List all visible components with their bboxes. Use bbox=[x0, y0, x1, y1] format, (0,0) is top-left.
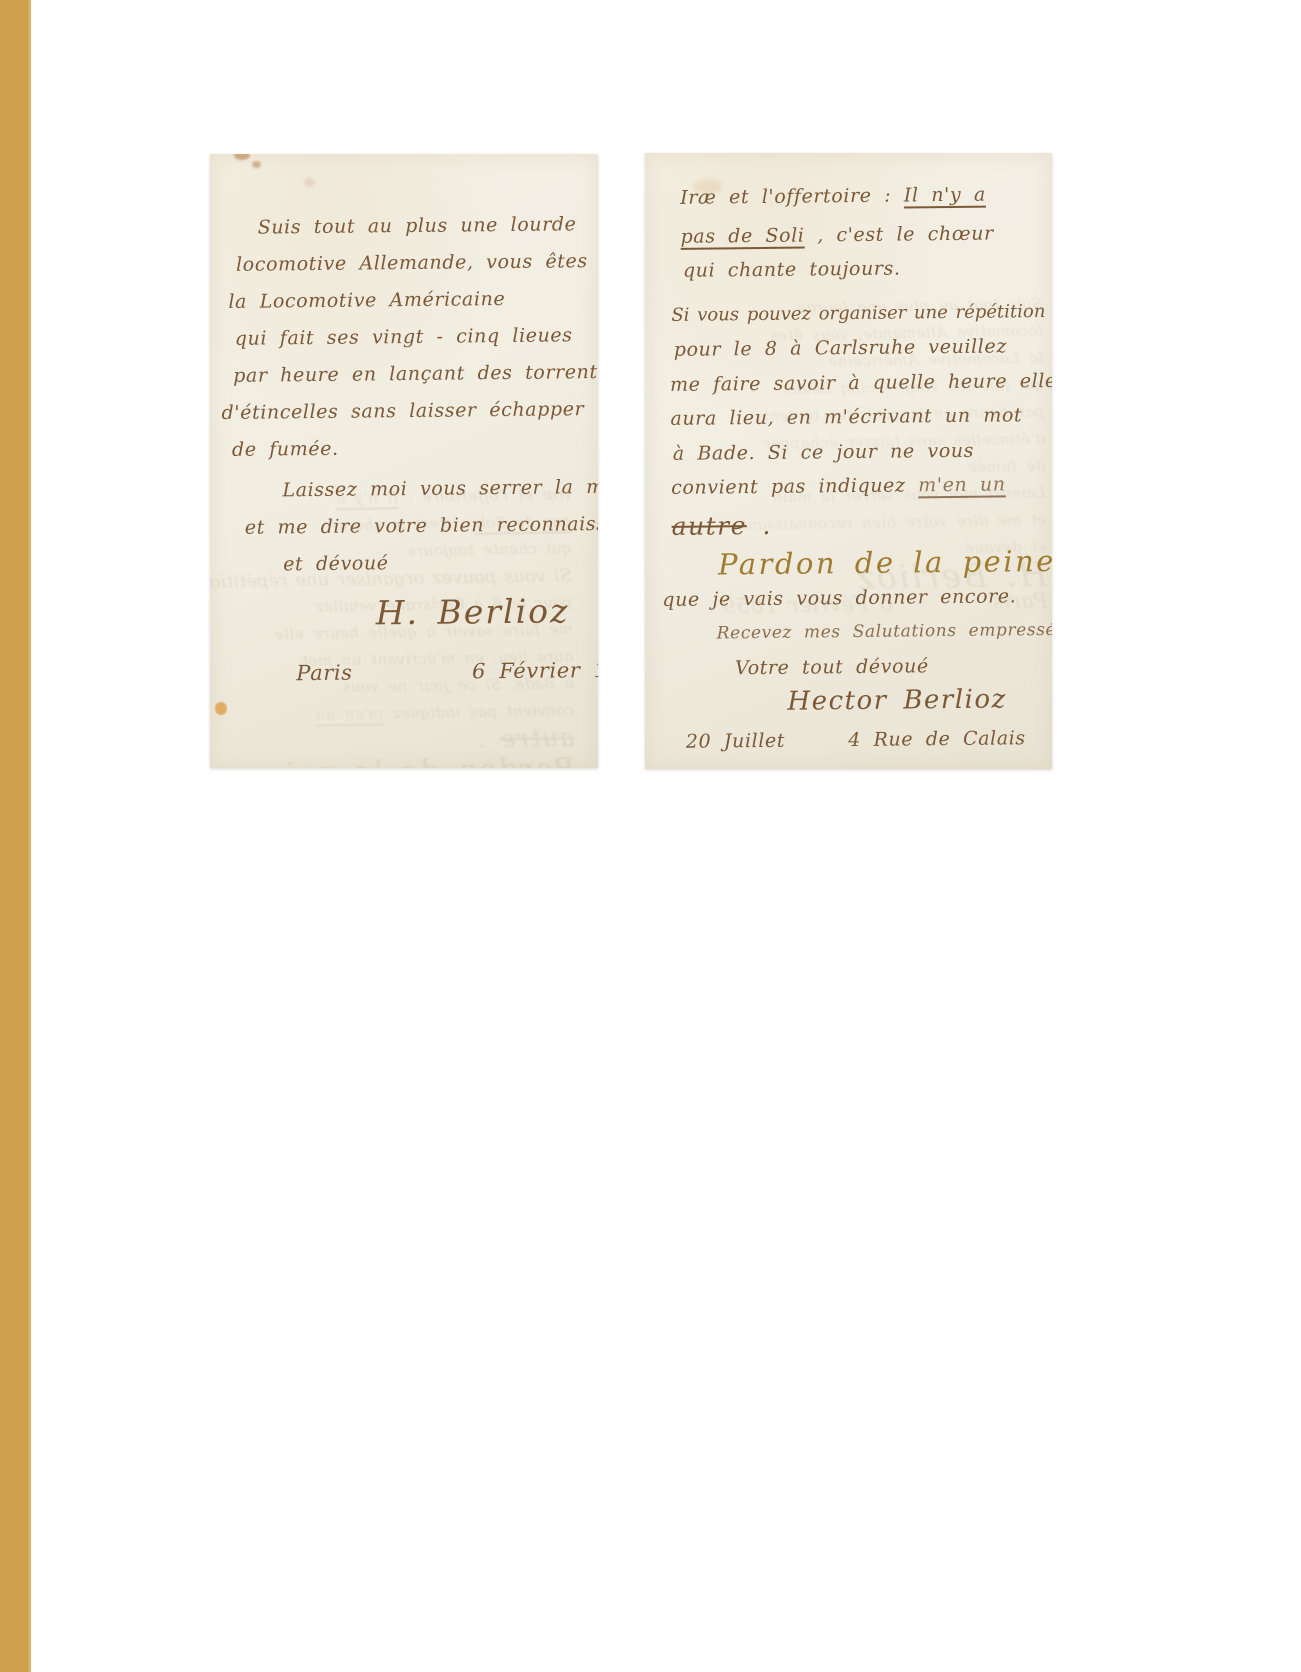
text-segment: Paris 6 Février 1859 bbox=[296, 658, 598, 686]
handwritten-line: Recevez mes Salutations empressées bbox=[717, 613, 1043, 651]
handwritten-line: me faire savoir à quelle heure elle bbox=[670, 364, 1040, 402]
bleedthrough-line: Pardon de la peine bbox=[245, 755, 575, 768]
handwritten-line: par heure en lançant des torrents bbox=[233, 354, 583, 395]
text-segment: d'étincelles sans laisser échapper bbox=[221, 398, 584, 424]
handwritten-line: qui chante toujours. bbox=[683, 250, 1039, 288]
text-segment: . bbox=[747, 510, 772, 539]
text-segment: Pardon de la peine bbox=[718, 544, 1052, 582]
left-letter-text: Suis tout au plus une lourdelocomotive A… bbox=[233, 206, 586, 693]
text-segment: pas de Soli bbox=[680, 224, 804, 247]
text-segment: Suis tout au plus une lourde bbox=[258, 213, 577, 238]
gold-accent-bar bbox=[0, 0, 31, 1672]
text-segment: qui fait ses vingt - cinq lieues bbox=[235, 324, 573, 350]
handwritten-line: locomotive Allemande, vous êtes bbox=[236, 243, 582, 284]
text-segment: locomotive Allemande, vous êtes bbox=[236, 250, 588, 276]
foxing-spot bbox=[304, 178, 315, 187]
text-segment: Si vous pouvez organiser une répétition bbox=[671, 300, 1045, 325]
handwritten-line: Laissez moi vous serrer la main bbox=[282, 469, 584, 509]
text-segment: H. Berlioz bbox=[376, 591, 570, 632]
text-segment: m'en un bbox=[315, 704, 383, 723]
handwritten-line: Suis tout au plus une lourde bbox=[257, 206, 581, 246]
text-segment: m'en un bbox=[918, 473, 1006, 496]
handwritten-line: Iræ et l'offertoire : Il n'y a bbox=[680, 177, 1038, 215]
right-letter-text: Iræ et l'offertoire : Il n'y apas de Sol… bbox=[666, 177, 1044, 759]
handwritten-line: Si vous pouvez organiser une répétition bbox=[671, 295, 1039, 333]
bleedthrough-line: autre . bbox=[244, 724, 574, 761]
text-segment: autre bbox=[671, 511, 747, 541]
foxing-spot bbox=[215, 702, 227, 715]
handwritten-line: 20 Juillet 4 Rue de Calais bbox=[686, 721, 1044, 759]
text-segment: et me dire votre bien reconnaissant bbox=[245, 513, 598, 539]
text-segment: , c'est le chœur bbox=[804, 222, 993, 246]
text-segment: que je vais vous donner encore. bbox=[662, 585, 1016, 611]
text-segment: pour le 8 à Carlsruhe veuillez bbox=[674, 335, 1007, 360]
handwritten-line: qui fait ses vingt - cinq lieues bbox=[235, 317, 583, 358]
text-segment: par heure en lançant des torrents bbox=[233, 361, 598, 387]
handwritten-line: que je vais vous donner encore. bbox=[662, 579, 1042, 617]
handwritten-line: Paris 6 Février 1859 bbox=[296, 652, 586, 692]
handwritten-line: à Bade. Si ce jour ne vous bbox=[673, 433, 1041, 471]
handwritten-line: de fumée. bbox=[232, 428, 584, 469]
handwritten-line: pas de Soli , c'est le chœur bbox=[680, 216, 1038, 254]
text-segment: la Locomotive Américaine bbox=[228, 288, 505, 313]
text-segment: convient pas indiquez bbox=[383, 701, 574, 722]
text-segment: autre bbox=[499, 723, 575, 753]
text-segment: qui chante toujours. bbox=[683, 258, 901, 282]
handwritten-line: Votre tout dévoué bbox=[735, 648, 1043, 686]
text-segment: . bbox=[476, 724, 499, 753]
handwritten-line: autre . bbox=[671, 506, 1041, 546]
text-segment: Votre tout dévoué bbox=[735, 655, 929, 679]
text-segment: Hector Berlioz bbox=[787, 684, 1007, 716]
handwritten-line: Hector Berlioz bbox=[787, 682, 1043, 719]
text-segment: Recevez mes Salutations empressées bbox=[717, 620, 1052, 644]
text-segment: aura lieu, en m'écrivant un mot bbox=[670, 404, 1022, 430]
handwritten-line: la Locomotive Américaine bbox=[228, 280, 582, 321]
foxing-spot bbox=[234, 154, 250, 160]
text-segment: 20 Juillet 4 Rue de Calais bbox=[686, 727, 1026, 753]
handwritten-line: convient pas indiquez m'en un bbox=[671, 467, 1041, 505]
foxing-spot bbox=[252, 161, 261, 168]
handwritten-line: d'étincelles sans laisser échapper bbox=[221, 391, 583, 432]
text-segment: convient pas indiquez bbox=[671, 474, 918, 499]
handwritten-line: pour le 8 à Carlsruhe veuillez bbox=[674, 329, 1040, 367]
text-segment: me faire savoir à quelle heure elle bbox=[670, 369, 1052, 395]
bleedthrough-line: convient pas indiquez m'en un bbox=[244, 697, 574, 730]
text-segment: de fumée. bbox=[232, 438, 339, 461]
manuscript-page-left: Iræ et l'offertoire : Il n'y apas de Sol… bbox=[210, 154, 598, 768]
text-segment: et dévoué bbox=[283, 552, 389, 575]
handwritten-line: H. Berlioz bbox=[375, 588, 585, 636]
handwritten-line: et dévoué bbox=[283, 543, 585, 583]
text-segment: Laissez moi vous serrer la main bbox=[282, 476, 598, 502]
text-segment: à Bade. Si ce jour ne vous bbox=[673, 439, 974, 464]
text-segment: Iræ et l'offertoire : bbox=[680, 184, 904, 208]
text-segment: Il n'y a bbox=[904, 184, 986, 207]
scanned-document-background: Iræ et l'offertoire : Il n'y apas de Sol… bbox=[0, 0, 1301, 1672]
manuscript-page-right: Suis tout au plus une lourdelocomotive A… bbox=[645, 153, 1052, 769]
handwritten-line: Pardon de la peine bbox=[718, 544, 1042, 582]
handwritten-line: aura lieu, en m'écrivant un mot bbox=[670, 398, 1040, 436]
handwritten-line: et me dire votre bien reconnaissant bbox=[245, 506, 585, 547]
text-segment: Pardon de la peine bbox=[243, 751, 575, 768]
